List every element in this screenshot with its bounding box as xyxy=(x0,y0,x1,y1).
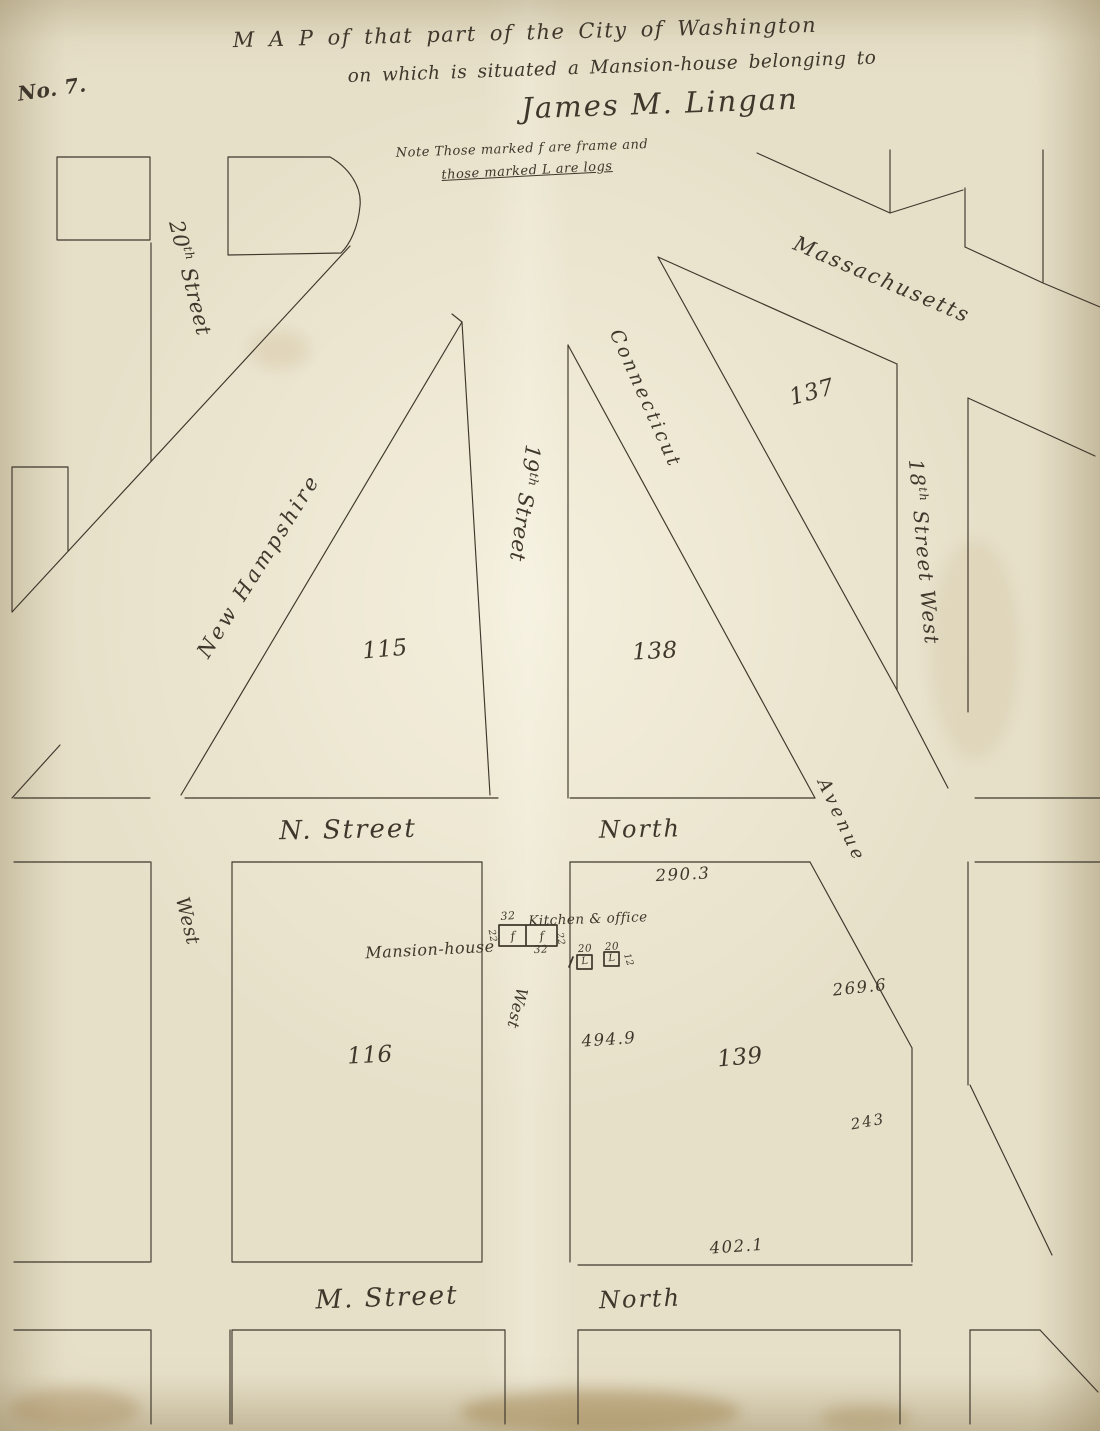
street-19-number: 19 xyxy=(517,443,545,474)
measurement-south-side: 402.1 xyxy=(709,1237,765,1257)
dimension-32-top: 32 xyxy=(500,910,516,922)
new-hampshire-ave-east-line xyxy=(181,322,462,795)
street-19th-west-line-upper xyxy=(462,322,490,795)
square-number-139: 139 xyxy=(716,1045,763,1072)
map-sheet: No. 7. M A P of that part of the City of… xyxy=(0,0,1100,1431)
map-linework xyxy=(0,0,1100,1431)
dimension-22-left: 22 xyxy=(486,929,498,944)
square-number-138: 138 xyxy=(632,639,679,664)
square-number-115: 115 xyxy=(361,637,408,664)
bottom-block-edges xyxy=(232,1330,900,1424)
measurement-west-side: 494.9 xyxy=(581,1030,637,1050)
street-18th-west-line xyxy=(890,150,912,1262)
square-number-116: 116 xyxy=(347,1043,394,1068)
label-m-street-north: North xyxy=(599,1286,682,1313)
block-west-of-20th-top xyxy=(57,157,150,240)
block-dupont-curve xyxy=(228,157,360,255)
new-hampshire-ave-corner xyxy=(12,745,60,798)
connecticut-ave-east-line xyxy=(658,257,948,788)
mark-log-1: L xyxy=(581,957,589,968)
mark-log-2: L xyxy=(608,954,616,965)
massachusetts-ave-north-line xyxy=(757,150,1100,307)
mark-frame-2: f xyxy=(539,930,545,942)
square-115-notch xyxy=(452,314,462,322)
street-18-number: 18 xyxy=(904,458,930,488)
mark-frame-1: f xyxy=(510,930,516,942)
dimension-20-office: 20 xyxy=(605,941,620,952)
dimension-12-side: 12 xyxy=(621,952,634,967)
label-n-street: N. Street xyxy=(279,816,417,844)
label-m-street: M. Street xyxy=(315,1283,459,1314)
dimension-20-kitchen: 20 xyxy=(578,943,593,954)
street-18-ordinal: th xyxy=(916,486,931,502)
measurement-n-frontage: 290.3 xyxy=(655,865,711,884)
block-west-edge-partial xyxy=(12,467,68,612)
connecticut-ave-west-line xyxy=(568,345,815,798)
street-linework xyxy=(12,150,1100,1424)
dimension-22-right: 22 xyxy=(554,932,566,947)
dimension-32-bottom: 32 xyxy=(534,944,549,955)
label-n-street-north: North xyxy=(599,816,681,841)
street-18th-east-line xyxy=(965,188,970,1424)
new-hampshire-ave-west-line xyxy=(12,246,350,612)
street-19th-east-line xyxy=(568,345,570,1262)
